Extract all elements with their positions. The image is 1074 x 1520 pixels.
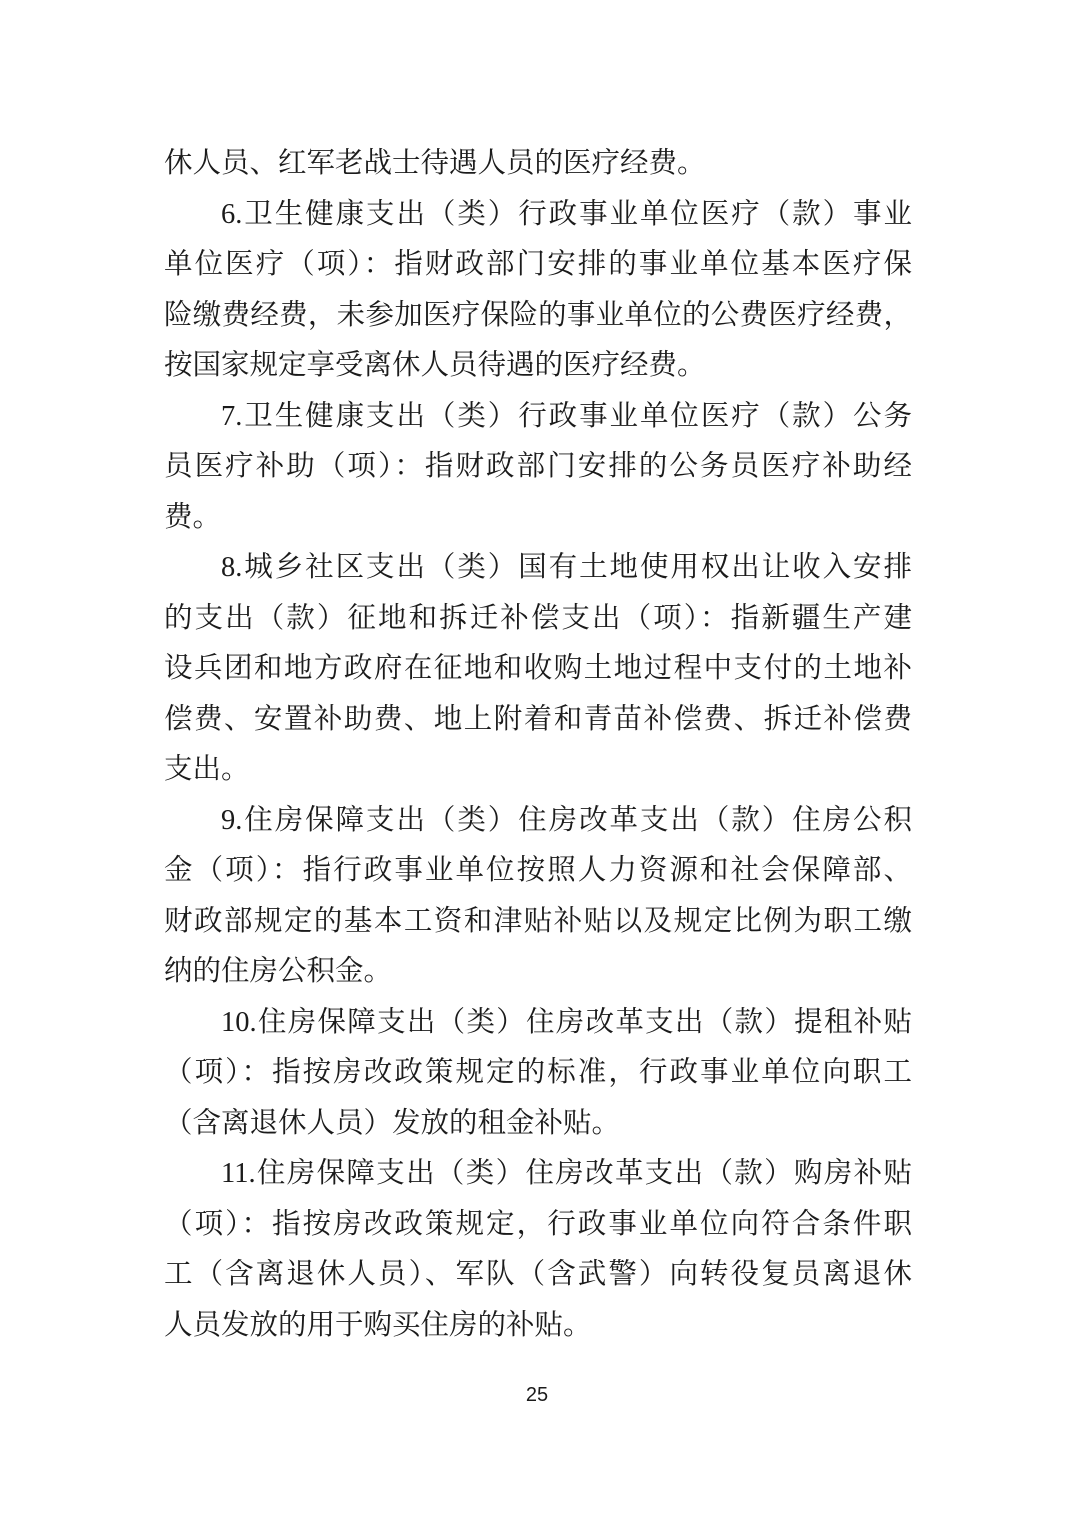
text-line: 人员发放的用于购买住房的补贴。 xyxy=(164,1301,912,1352)
text-line: 金（项）：指行政事业单位按照人力资源和社会保障部、 xyxy=(164,846,912,897)
paragraph: 10.住房保障支出（类）住房改革支出（款）提租补贴（项）：指按房改政策规定的标准… xyxy=(164,998,912,1150)
document-body: 休人员、红军老战士待遇人员的医疗经费。6.卫生健康支出（类）行政事业单位医疗（款… xyxy=(164,139,912,1351)
text-line: 设兵团和地方政府在征地和收购土地过程中支付的土地补 xyxy=(164,644,912,695)
text-line: 费。 xyxy=(164,493,912,544)
text-line: 11.住房保障支出（类）住房改革支出（款）购房补贴 xyxy=(164,1149,912,1200)
paragraph: 6.卫生健康支出（类）行政事业单位医疗（款）事业单位医疗（项）：指财政部门安排的… xyxy=(164,190,912,392)
text-line: （含离退休人员）发放的租金补贴。 xyxy=(164,1099,912,1150)
text-line: 休人员、红军老战士待遇人员的医疗经费。 xyxy=(164,139,912,190)
text-line: 纳的住房公积金。 xyxy=(164,947,912,998)
page-footer: 25 xyxy=(0,1384,1074,1407)
text-line: 7.卫生健康支出（类）行政事业单位医疗（款）公务 xyxy=(164,392,912,443)
text-line: 的支出（款）征地和拆迁补偿支出（项）：指新疆生产建 xyxy=(164,594,912,645)
text-line: 险缴费经费，未参加医疗保险的事业单位的公费医疗经费， xyxy=(164,291,912,342)
text-line: 偿费、安置补助费、地上附着和青苗补偿费、拆迁补偿费 xyxy=(164,695,912,746)
paragraph: 11.住房保障支出（类）住房改革支出（款）购房补贴（项）：指按房改政策规定，行政… xyxy=(164,1149,912,1351)
paragraph: 8.城乡社区支出（类）国有土地使用权出让收入安排的支出（款）征地和拆迁补偿支出（… xyxy=(164,543,912,796)
text-line: （项）：指按房改政策规定的标准，行政事业单位向职工 xyxy=(164,1048,912,1099)
text-line: 9.住房保障支出（类）住房改革支出（款）住房公积 xyxy=(164,796,912,847)
paragraph: 9.住房保障支出（类）住房改革支出（款）住房公积金（项）：指行政事业单位按照人力… xyxy=(164,796,912,998)
text-line: 6.卫生健康支出（类）行政事业单位医疗（款）事业 xyxy=(164,190,912,241)
text-line: 支出。 xyxy=(164,745,912,796)
text-line: （项）：指按房改政策规定，行政事业单位向符合条件职 xyxy=(164,1200,912,1251)
text-line: 单位医疗（项）：指财政部门安排的事业单位基本医疗保 xyxy=(164,240,912,291)
paragraph: 7.卫生健康支出（类）行政事业单位医疗（款）公务员医疗补助（项）：指财政部门安排… xyxy=(164,392,912,544)
paragraph: 休人员、红军老战士待遇人员的医疗经费。 xyxy=(164,139,912,190)
text-line: 10.住房保障支出（类）住房改革支出（款）提租补贴 xyxy=(164,998,912,1049)
page-number: 25 xyxy=(526,1384,548,1406)
text-line: 工（含离退休人员）、军队（含武警）向转役复员离退休 xyxy=(164,1250,912,1301)
document-page: 休人员、红军老战士待遇人员的医疗经费。6.卫生健康支出（类）行政事业单位医疗（款… xyxy=(0,0,1074,1520)
text-line: 财政部规定的基本工资和津贴补贴以及规定比例为职工缴 xyxy=(164,897,912,948)
text-line: 按国家规定享受离休人员待遇的医疗经费。 xyxy=(164,341,912,392)
text-line: 8.城乡社区支出（类）国有土地使用权出让收入安排 xyxy=(164,543,912,594)
text-line: 员医疗补助（项）：指财政部门安排的公务员医疗补助经 xyxy=(164,442,912,493)
